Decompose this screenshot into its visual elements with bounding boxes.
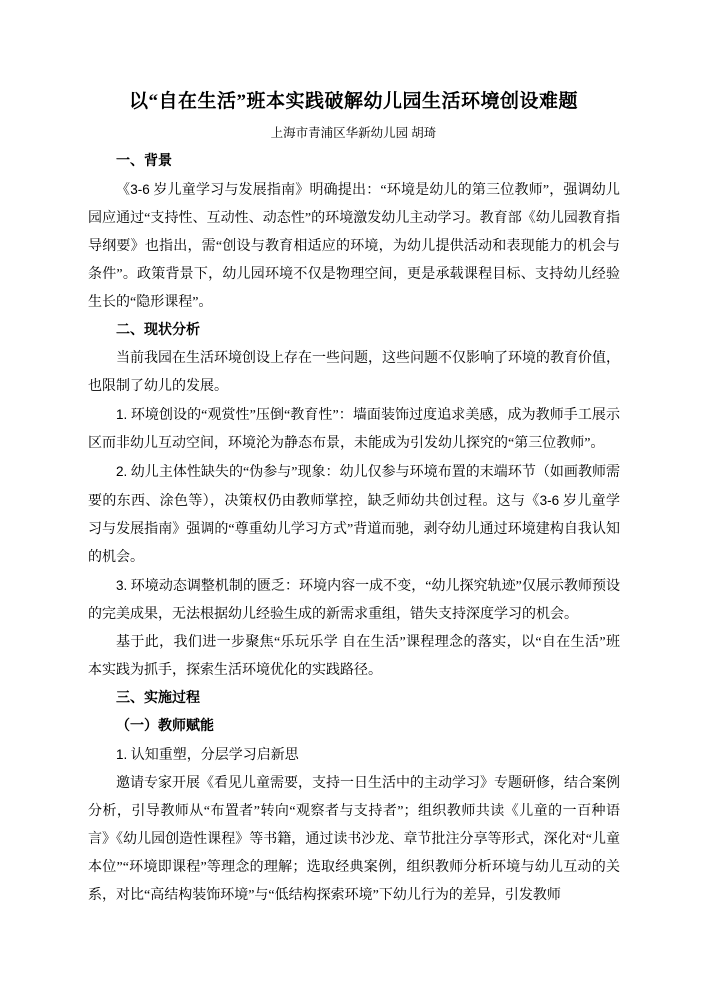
- paragraph: 《3-6 岁儿童学习与发展指南》明确提出：“环境是幼儿的第三位教师”，强调幼儿园…: [88, 176, 620, 317]
- paragraph: 2. 幼儿主体性缺失的“伪参与”现象：幼儿仅参与环境布置的末端环节（如画教师需要…: [88, 458, 620, 572]
- section-heading: （一）教师赋能: [88, 713, 620, 741]
- document-page: 以“自在生活”班本实践破解幼儿园生活环境创设难题 上海市青浦区华新幼儿园 胡琦 …: [0, 0, 707, 999]
- latin-numeral: 3-6: [130, 182, 150, 197]
- paragraph: 1. 认知重塑，分层学习启新思: [88, 741, 620, 770]
- document-body: 一、背景《3-6 岁儿童学习与发展指南》明确提出：“环境是幼儿的第三位教师”，强…: [88, 148, 620, 910]
- paragraph: 当前我园在生活环境创设上存在一些问题，这些问题不仅影响了环境的教育价值，也限制了…: [88, 345, 620, 401]
- section-heading: 二、现状分析: [88, 317, 620, 345]
- latin-numeral: 1.: [116, 747, 127, 762]
- paragraph: 基于此，我们进一步聚焦“乐玩乐学 自在生活”课程理念的落实，以“自在生活”班本实…: [88, 629, 620, 685]
- latin-numeral: 2.: [116, 464, 127, 479]
- document-title: 以“自在生活”班本实践破解幼儿园生活环境创设难题: [40, 88, 667, 115]
- latin-numeral: 3-6: [540, 493, 560, 508]
- section-heading: 三、实施过程: [88, 685, 620, 713]
- section-heading: 一、背景: [88, 148, 620, 176]
- latin-numeral: 3.: [116, 578, 127, 593]
- latin-numeral: 1.: [116, 407, 127, 422]
- author-line: 上海市青浦区华新幼儿园 胡琦: [40, 124, 667, 142]
- paragraph: 1. 环境创设的“观赏性”压倒“教育性”：墙面装饰过度追求美感，成为教师手工展示…: [88, 401, 620, 458]
- paragraph: 邀请专家开展《看见儿童需要，支持一日生活中的主动学习》专题研修，结合案例分析，引…: [88, 770, 620, 910]
- paragraph: 3. 环境动态调整机制的匮乏：环境内容一成不变，“幼儿探究轨迹”仅展示教师预设的…: [88, 572, 620, 629]
